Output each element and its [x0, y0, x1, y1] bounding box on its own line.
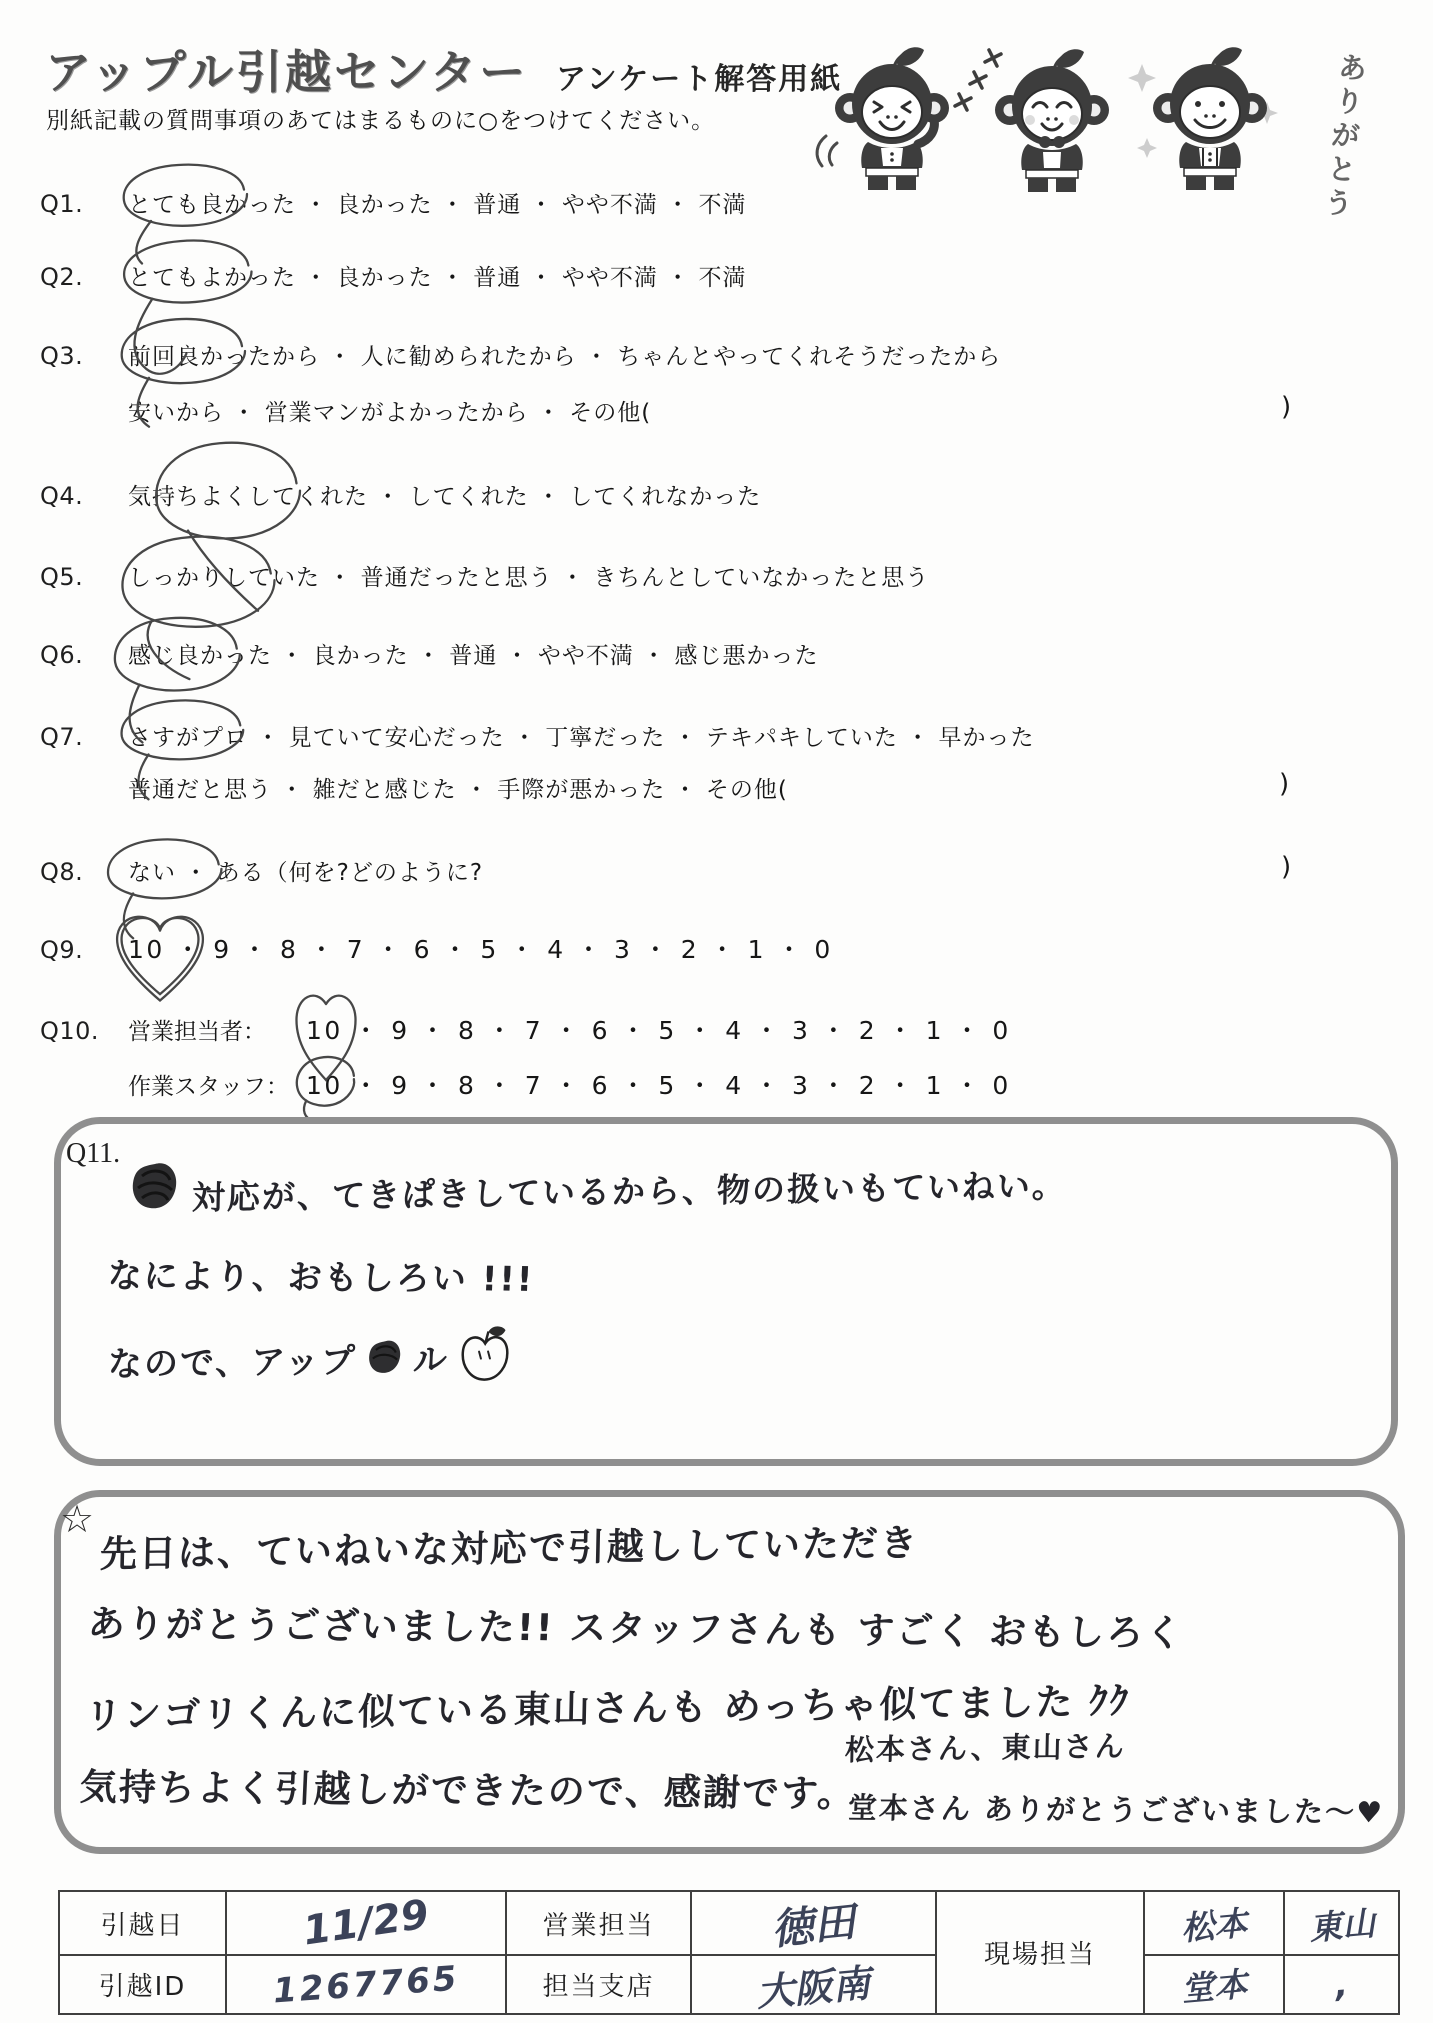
q11-handwriting-line3: なので、アップ ル — [107, 1325, 513, 1391]
question-q6: Q6. 感じ良かった ・ 良かった ・ 普通 ・ やや不満 ・ 感じ悪かった — [40, 637, 819, 670]
mascot-gorilla-3 — [1153, 47, 1267, 190]
question-q9-number: Q9. — [40, 936, 128, 964]
close-paren-q8: ) — [1281, 852, 1291, 882]
site-crew-name-4: , — [1334, 1965, 1350, 2005]
question-q9-scale: 10 ・ 9 ・ 8 ・ 7 ・ 6 ・ 5 ・ 4 ・ 3 ・ 2 ・ 1 ・… — [128, 930, 833, 966]
site-crew-name-3: 堂本 — [1179, 1958, 1249, 2011]
q11-line3-text: なので、アップ — [108, 1333, 358, 1385]
question-q10-scale-sales: 10 ・ 9 ・ 8 ・ 7 ・ 6 ・ 5 ・ 4 ・ 3 ・ 2 ・ 1 ・… — [306, 1011, 1011, 1047]
q11-handwriting-line2: なにより、おもしろい !!! — [107, 1248, 535, 1301]
comment-note1: 松本さん、東山さん — [845, 1724, 1127, 1769]
question-q10-row1: Q10. 営業担当者： 10 ・ 9 ・ 8 ・ 7 ・ 6 ・ 5 ・ 4 ・… — [40, 1011, 1011, 1047]
instruction-text: 別紙記載の質問事項のあてはまるものに○をつけてください。 — [46, 102, 715, 135]
comment-line4: 気持ちよく引越しができたので、感謝です。 — [79, 1757, 858, 1818]
site-crew-name-1: 松本 — [1179, 1897, 1249, 1950]
move-id-label: 引越ID — [59, 1955, 226, 2014]
motion-lines-icon — [817, 136, 837, 166]
scribble-blob-icon — [128, 1158, 182, 1214]
move-date-value: 11/29 — [300, 1891, 431, 1954]
question-q3-number: Q3. — [40, 342, 128, 370]
question-q10-row2: 作業スタッフ： 10 ・ 9 ・ 8 ・ 7 ・ 6 ・ 5 ・ 4 ・ 3 ・… — [40, 1066, 1011, 1102]
comment-line2: ありがとうございました!! スタッフさんも すごく おもしろく — [87, 1593, 1186, 1657]
question-q6-number: Q6. — [40, 641, 128, 669]
question-q10-number: Q10. — [40, 1017, 128, 1045]
move-id-value: 1267765 — [272, 1958, 461, 2011]
question-q11-number: Q11. — [66, 1138, 120, 1170]
question-q4-number: Q4. — [40, 482, 128, 510]
question-q7: Q7. さすがプロ ・ 見ていて安心だった ・ 丁寧だった ・ テキパキしていた… — [40, 719, 1035, 752]
page-subtitle: アンケート解答用紙 — [556, 54, 842, 98]
question-q10-scale-staff: 10 ・ 9 ・ 8 ・ 7 ・ 6 ・ 5 ・ 4 ・ 3 ・ 2 ・ 1 ・… — [306, 1066, 1011, 1102]
footer-info-table: 引越日 11/29 営業担当 徳田 現場担当 松本 東山 引越ID 126776… — [58, 1890, 1400, 2015]
question-q10-prefix-sales: 営業担当者： — [128, 1013, 306, 1046]
footer-table-row-2: 引越ID 1267765 担当支店 大阪南 堂本 , — [59, 1955, 1399, 2014]
sales-rep-value-cell: 徳田 — [691, 1891, 936, 1955]
question-q5-options: しっかりしていた ・ 普通だったと思う ・ きちんとしていなかったと思う — [128, 559, 929, 592]
question-q10-prefix-staff: 作業スタッフ： — [128, 1068, 306, 1101]
footer-table-row-1: 引越日 11/29 営業担当 徳田 現場担当 松本 東山 — [59, 1891, 1399, 1955]
sales-rep-value: 徳田 — [769, 1889, 859, 1957]
mascot-gorilla-1 — [835, 47, 949, 190]
answer-circle-q8 — [100, 833, 238, 945]
question-q2-number: Q2. — [40, 263, 128, 291]
question-q5: Q5. しっかりしていた ・ 普通だったと思う ・ きちんとしていなかったと思う — [40, 559, 929, 592]
question-q4: Q4. 気持ちよくしてくれた ・ してくれた ・ してくれなかった — [40, 478, 761, 511]
comment-line1: 先日は、ていねいな対応で引越ししていただき — [99, 1512, 919, 1577]
sparkle-cross-icons — [955, 50, 1001, 110]
site-crew-label: 現場担当 — [936, 1891, 1144, 2014]
scribble-blob-icon — [365, 1337, 406, 1378]
branch-value: 大阪南 — [754, 1952, 872, 2017]
question-q2-options: とてもよかった ・ 良かった ・ 普通 ・ やや不満 ・ 不満 — [128, 259, 747, 292]
site-crew-name-4-cell: , — [1284, 1955, 1399, 2014]
question-q8-options: ない ・ ある（何を?どのように? — [128, 854, 483, 887]
mascot-gorilla-2 — [995, 49, 1109, 192]
question-q8: Q8. ない ・ ある（何を?どのように? — [40, 854, 483, 887]
site-crew-name-2-cell: 東山 — [1284, 1891, 1399, 1955]
branch-value-cell: 大阪南 — [691, 1955, 936, 2014]
move-date-label: 引越日 — [59, 1891, 226, 1955]
question-q1-number: Q1. — [40, 190, 128, 218]
question-q1-options: とても良かった ・ 良かった ・ 普通 ・ やや不満 ・ 不満 — [128, 186, 747, 219]
question-q3-options-line1: 前回良かったから ・ 人に勧められたから ・ ちゃんとやってくれそうだったから — [128, 338, 1001, 371]
site-crew-name-2: 東山 — [1307, 1897, 1377, 1950]
site-crew-name-3-cell: 堂本 — [1144, 1955, 1284, 2014]
question-q9: Q9. 10 ・ 9 ・ 8 ・ 7 ・ 6 ・ 5 ・ 4 ・ 3 ・ 2 ・… — [40, 930, 833, 966]
question-q5-number: Q5. — [40, 563, 128, 591]
move-id-value-cell: 1267765 — [226, 1955, 506, 2014]
question-q4-options: 気持ちよくしてくれた ・ してくれた ・ してくれなかった — [128, 478, 761, 511]
apple-doodle-icon — [456, 1325, 513, 1386]
question-q2: Q2. とてもよかった ・ 良かった ・ 普通 ・ やや不満 ・ 不満 — [40, 259, 747, 292]
comment-note2: 堂本さん ありがとうございました〜♥ — [847, 1786, 1385, 1832]
site-crew-name-1-cell: 松本 — [1144, 1891, 1284, 1955]
close-paren-q7: ) — [1279, 769, 1289, 799]
q11-line3-suffix: ル — [412, 1332, 449, 1382]
question-q8-number: Q8. — [40, 858, 128, 886]
question-q7-options-line2: 普通だと思う ・ 雑だと感じた ・ 手際が悪かった ・ その他( — [128, 771, 788, 804]
branch-label: 担当支店 — [506, 1955, 691, 2014]
question-q3-options-line2: 安いから ・ 営業マンがよかったから ・ その他( — [128, 394, 651, 427]
question-q1: Q1. とても良かった ・ 良かった ・ 普通 ・ やや不満 ・ 不満 — [40, 186, 747, 219]
question-q3: Q3. 前回良かったから ・ 人に勧められたから ・ ちゃんとやってくれそうだっ… — [40, 338, 1001, 371]
survey-answer-sheet: アップル引越センター アンケート解答用紙 別紙記載の質問事項のあてはまるものに○… — [0, 0, 1433, 2023]
question-q7-number: Q7. — [40, 723, 128, 751]
sales-rep-label: 営業担当 — [506, 1891, 691, 1955]
gorilla-mascots-illustration — [812, 40, 1312, 220]
move-date-value-cell: 11/29 — [226, 1891, 506, 1955]
question-q6-options: 感じ良かった ・ 良かった ・ 普通 ・ やや不満 ・ 感じ悪かった — [128, 637, 819, 670]
thanks-vertical-text: ありがとう — [1315, 50, 1374, 223]
star-mark: ☆ — [60, 1497, 94, 1541]
close-paren-q3: ) — [1281, 392, 1291, 422]
question-q7-options-line1: さすがプロ ・ 見ていて安心だった ・ 丁寧だった ・ テキパキしていた ・ 早… — [128, 719, 1035, 752]
page-title: アップル引越センター — [45, 36, 528, 102]
